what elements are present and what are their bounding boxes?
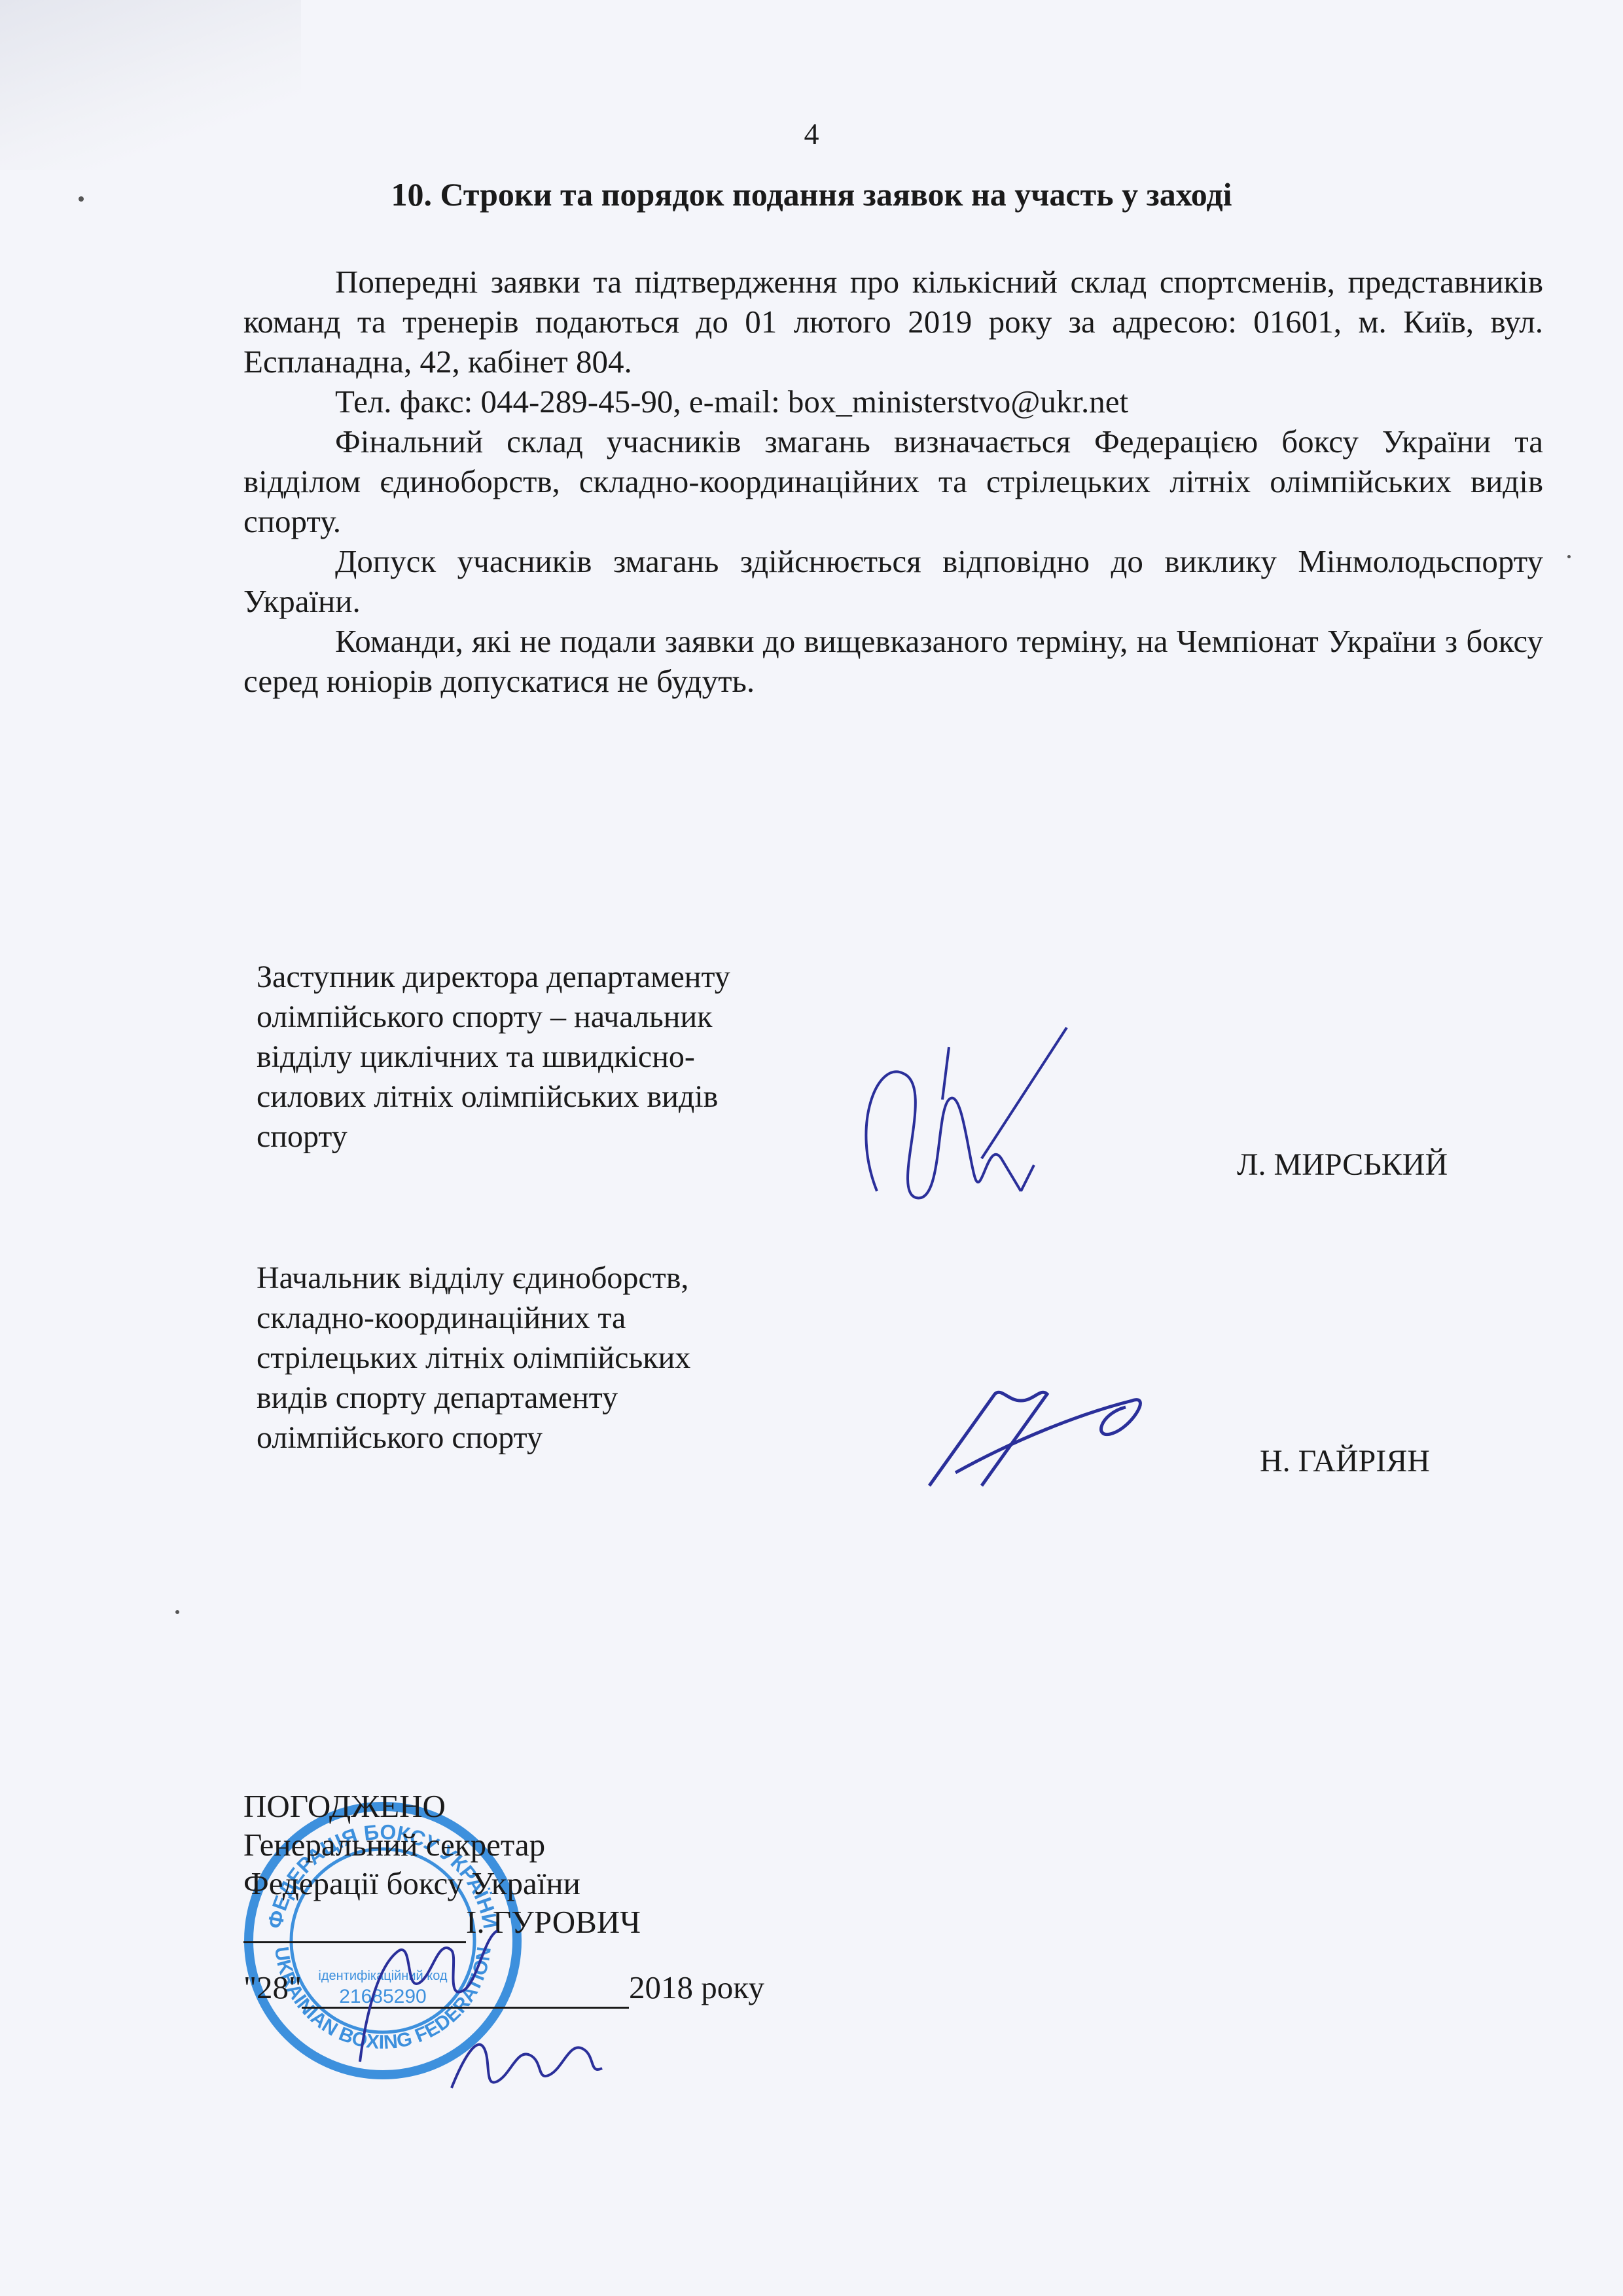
title-line: спорту [257,1117,730,1157]
signatory-mirskyi-title: Заступник директора департаменту олімпій… [257,957,730,1157]
title-line: стрілецьких літніх олімпійських [257,1338,690,1378]
title-line: олімпійського спорту [257,1418,690,1458]
title-line: видів спорту департаменту [257,1378,690,1418]
paragraph-final-roster: Фінальний склад учасників змагань визнач… [243,422,1543,541]
title-line: силових літніх олімпійських видів [257,1077,730,1117]
paragraph-late-teams: Команди, які не подали заявки до вищевка… [243,621,1543,701]
title-line: складно-координаційних та [257,1298,690,1338]
approval-title-line: Федерації боксу України [243,1864,764,1903]
signatory-hairiian-name: Н. ГАЙРІЯН [1260,1443,1430,1479]
title-line: олімпійського спорту – начальник [257,997,730,1037]
scan-artifact [175,1610,179,1614]
approval-date-day: "28" [243,1969,302,2005]
title-line: Заступник директора департаменту [257,957,730,997]
handwritten-month-icon [445,2016,615,2101]
signature-mirskyi-icon [851,995,1126,1230]
scan-artifact [1567,555,1571,558]
section-title: 10. Строки та порядок подання заявок на … [0,175,1623,213]
signatory-hairiian-title: Начальник відділу єдиноборств, складно-к… [257,1258,690,1458]
title-line: відділу циклічних та швидкісно- [257,1037,730,1077]
approval-title-line: Генеральний секретар [243,1825,764,1864]
page-number: 4 [0,117,1623,151]
paragraph-contacts: Тел. факс: 044-289-45-90, e-mail: box_mi… [243,382,1543,422]
approval-date-year: 2018 року [629,1969,764,2005]
paragraph-admission: Допуск учасників змагань здійснюється ві… [243,541,1543,621]
approval-heading: ПОГОДЖЕНО [243,1787,764,1825]
paragraph-applications: Попередні заявки та підтвердження про кі… [243,262,1543,382]
body-text: Попередні заявки та підтвердження про кі… [243,262,1543,701]
signature-hairiian-icon [916,1374,1191,1492]
title-line: Начальник відділу єдиноборств, [257,1258,690,1298]
signatory-mirskyi-name: Л. МИРСЬКИЙ [1237,1147,1448,1183]
